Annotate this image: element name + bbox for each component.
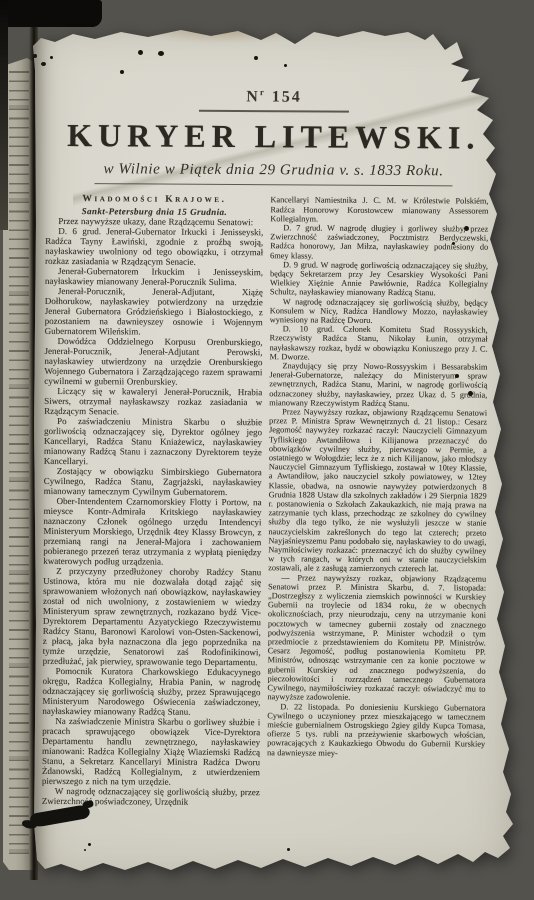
article-paragraph: D. 6 grud. Jenerał-Gubernator Irkucki i … — [45, 226, 263, 267]
section-heading: Wiadomości Krajowe. — [45, 194, 263, 205]
article-paragraph: Po zaświadczeniu Ministra Skarbu o służb… — [44, 416, 262, 467]
ink-speck — [50, 56, 53, 59]
paper-surface: Nr 154 KURYER LITEWSKI. w Wilnie w Piąte… — [33, 24, 515, 882]
article-paragraph: Liczący się w kawaleryi Jenerał-Poruczni… — [44, 386, 262, 417]
article-paragraph: Jenerał-Porucznik, Jenerał-Adjutant, Xią… — [45, 286, 263, 337]
article-paragraph: D. 7 grud. W nagrodę długiey i gorliwey … — [270, 223, 488, 261]
article-paragraph: Z przyczyny przedłużoney choroby Radźcy … — [43, 566, 262, 667]
left-column: Wiadomości Krajowe. Sankt-Petersburg dni… — [42, 194, 264, 835]
ink-speck — [33, 54, 37, 58]
ink-speck — [88, 843, 91, 846]
article-paragraph: W nagrodę odznaczającey się gorliwością … — [42, 786, 260, 807]
ink-speck — [287, 848, 290, 851]
article-columns: Wiadomości Krajowe. Sankt-Petersburg dni… — [29, 184, 515, 837]
ink-speck — [120, 70, 124, 74]
article-paragraph: Znaydujący się przy Nowo-Rossyyskim i Be… — [269, 361, 487, 408]
ink-speck — [158, 51, 164, 56]
ink-speck — [464, 226, 469, 231]
printed-content: Nr 154 KURYER LITEWSKI. w Wilnie w Piąte… — [29, 24, 516, 837]
issue-number: Nr 154 — [33, 86, 515, 108]
binding-edge-shadow — [0, 0, 8, 230]
article-paragraph: Kancellaryi Namiestnika J. C. M. w Króle… — [270, 196, 488, 225]
masthead: Nr 154 KURYER LITEWSKI. w Wilnie w Piąte… — [33, 24, 516, 187]
ink-speck — [468, 391, 473, 396]
ink-speck — [84, 849, 86, 851]
ink-speck — [41, 62, 46, 66]
ink-speck — [138, 50, 143, 55]
article-paragraph: Dowódźca Oddzielnego Korpusu Orenburskie… — [44, 336, 262, 387]
ink-speck — [455, 374, 459, 378]
binding-corner-shadow — [0, 0, 102, 27]
masthead-dateline: w Wilnie w Piątek dnia 29 Grudnia v. s. … — [33, 161, 515, 181]
article-paragraph: D. 10 grud. Członek Komitetu Stad Rossyy… — [269, 324, 487, 362]
article-paragraph: Zostający w obowiązku Simbirskiego Guber… — [44, 466, 262, 497]
article-paragraph: Jenerał-Gubernatorem Irkuckim i Jenissey… — [45, 266, 263, 287]
article-paragraph: W nagrodę odznaczającey się gorliwością … — [270, 297, 488, 326]
right-column: Kancellaryi Namiestnika J. C. M. w Króle… — [267, 196, 489, 837]
article-paragraph: D. 22 listopada. Po doniesieniu Kurskieg… — [267, 702, 485, 759]
article-paragraph: — Przez naywyższy rozkaz, objawiony Rząd… — [267, 573, 486, 703]
newspaper-title: KURYER LITEWSKI. — [33, 117, 515, 157]
article-paragraph: D. 9 grud. W nagrodę gorliwością odznacz… — [270, 260, 488, 298]
ink-speck — [452, 242, 455, 245]
rule-under-issue-number — [199, 110, 349, 112]
article-paragraph: Na zaświadczenie Ministra Skarbu o gorli… — [42, 716, 260, 787]
article-paragraph: Przez Naywyższy rozkaz, objawiony Rządzą… — [268, 407, 487, 574]
newspaper-sheet: Nr 154 KURYER LITEWSKI. w Wilnie w Piąte… — [33, 24, 515, 882]
newspaper-scan-page: { "colors":{"background":"#54524d","pape… — [0, 0, 534, 900]
article-paragraph: Pomocnik Kuratora Charkowskiego Edukacyy… — [42, 666, 260, 717]
article-paragraph: Ober-Intendentem Czarnomorskiey Flotty i… — [43, 496, 261, 567]
ink-speck — [254, 56, 258, 60]
ink-speck — [284, 64, 287, 67]
